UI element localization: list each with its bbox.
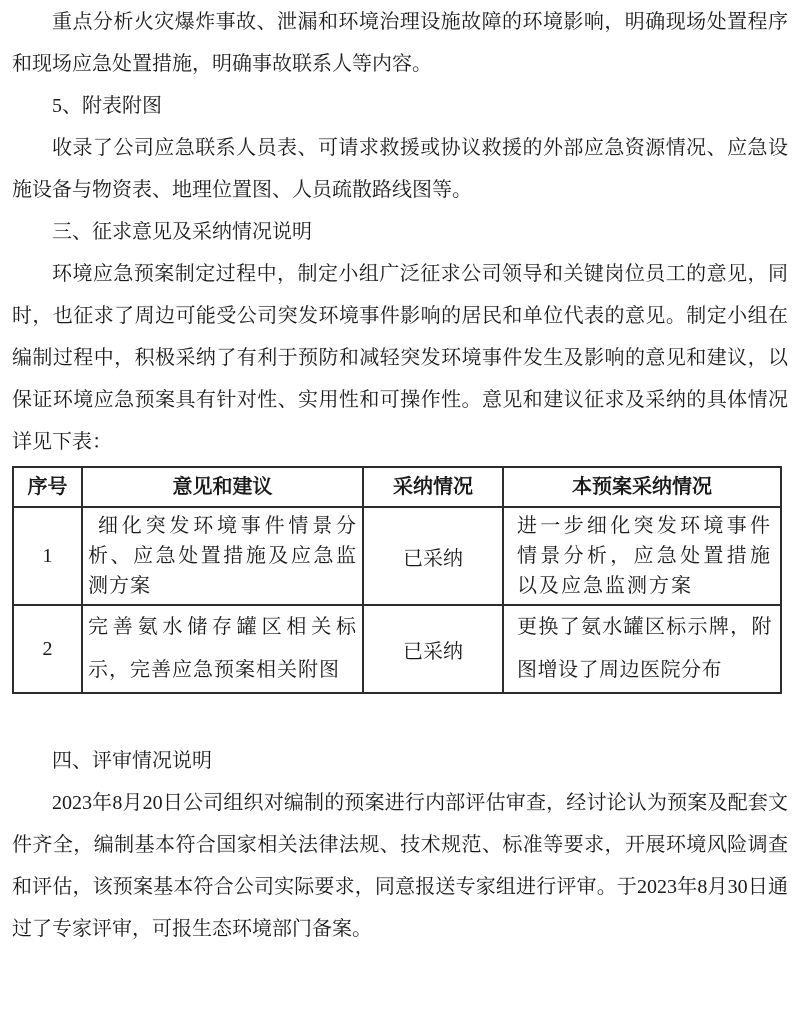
table-header-row: 序号 意见和建议 采纳情况 本预案采纳情况 bbox=[13, 467, 781, 507]
cell-adoption-status: 已采纳 bbox=[363, 507, 503, 605]
cell-plan-adoption: 更换了氨水罐区标示牌，附图增设了周边医院分布 bbox=[503, 605, 781, 693]
cell-adoption-status: 已采纳 bbox=[363, 605, 503, 693]
table-row: 2 完善氨水储存罐区相关标示，完善应急预案相关附图 已采纳 更换了氨水罐区标示牌… bbox=[13, 605, 781, 693]
opinion-adoption-table: 序号 意见和建议 采纳情况 本预案采纳情况 1 细化突发环境事件情景分析、应急处… bbox=[12, 466, 782, 694]
heading-opinion-solicitation: 三、征求意见及采纳情况说明 bbox=[12, 211, 788, 253]
document-page: 重点分析火灾爆炸事故、泄漏和环境治理设施故障的环境影响，明确现场处置程序和现场应… bbox=[0, 0, 800, 1010]
table-row: 1 细化突发环境事件情景分析、应急处置措施及应急监测方案 已采纳 进一步细化突发… bbox=[13, 507, 781, 605]
paragraph-review-details: 2023年8月20日公司组织对编制的预案进行内部评估审查，经讨论认为预案及配套文… bbox=[12, 782, 788, 950]
cell-serial-number: 2 bbox=[13, 605, 82, 693]
paragraph-appendix-contents: 收录了公司应急联系人员表、可请求救援或协议救援的外部应急资源情况、应急设施设备与… bbox=[12, 127, 788, 211]
cell-suggestion: 细化突发环境事件情景分析、应急处置措施及应急监测方案 bbox=[82, 507, 363, 605]
paragraph-incident-analysis: 重点分析火灾爆炸事故、泄漏和环境治理设施故障的环境影响，明确现场处置程序和现场应… bbox=[12, 1, 788, 85]
paragraph-opinion-process: 环境应急预案制定过程中，制定小组广泛征求公司领导和关键岗位员工的意见，同时，也征… bbox=[12, 253, 788, 463]
cell-suggestion: 完善氨水储存罐区相关标示，完善应急预案相关附图 bbox=[82, 605, 363, 693]
heading-review-status: 四、评审情况说明 bbox=[12, 740, 788, 782]
heading-appendix-tables: 5、附表附图 bbox=[12, 85, 788, 127]
table-header-serial-number: 序号 bbox=[13, 467, 82, 507]
cell-serial-number: 1 bbox=[13, 507, 82, 605]
table-header-adoption-status: 采纳情况 bbox=[363, 467, 503, 507]
cell-plan-adoption: 进一步细化突发环境事件情景分析，应急处置措施以及应急监测方案 bbox=[503, 507, 781, 605]
table-header-plan-adoption: 本预案采纳情况 bbox=[503, 467, 781, 507]
table-header-suggestion: 意见和建议 bbox=[82, 467, 363, 507]
